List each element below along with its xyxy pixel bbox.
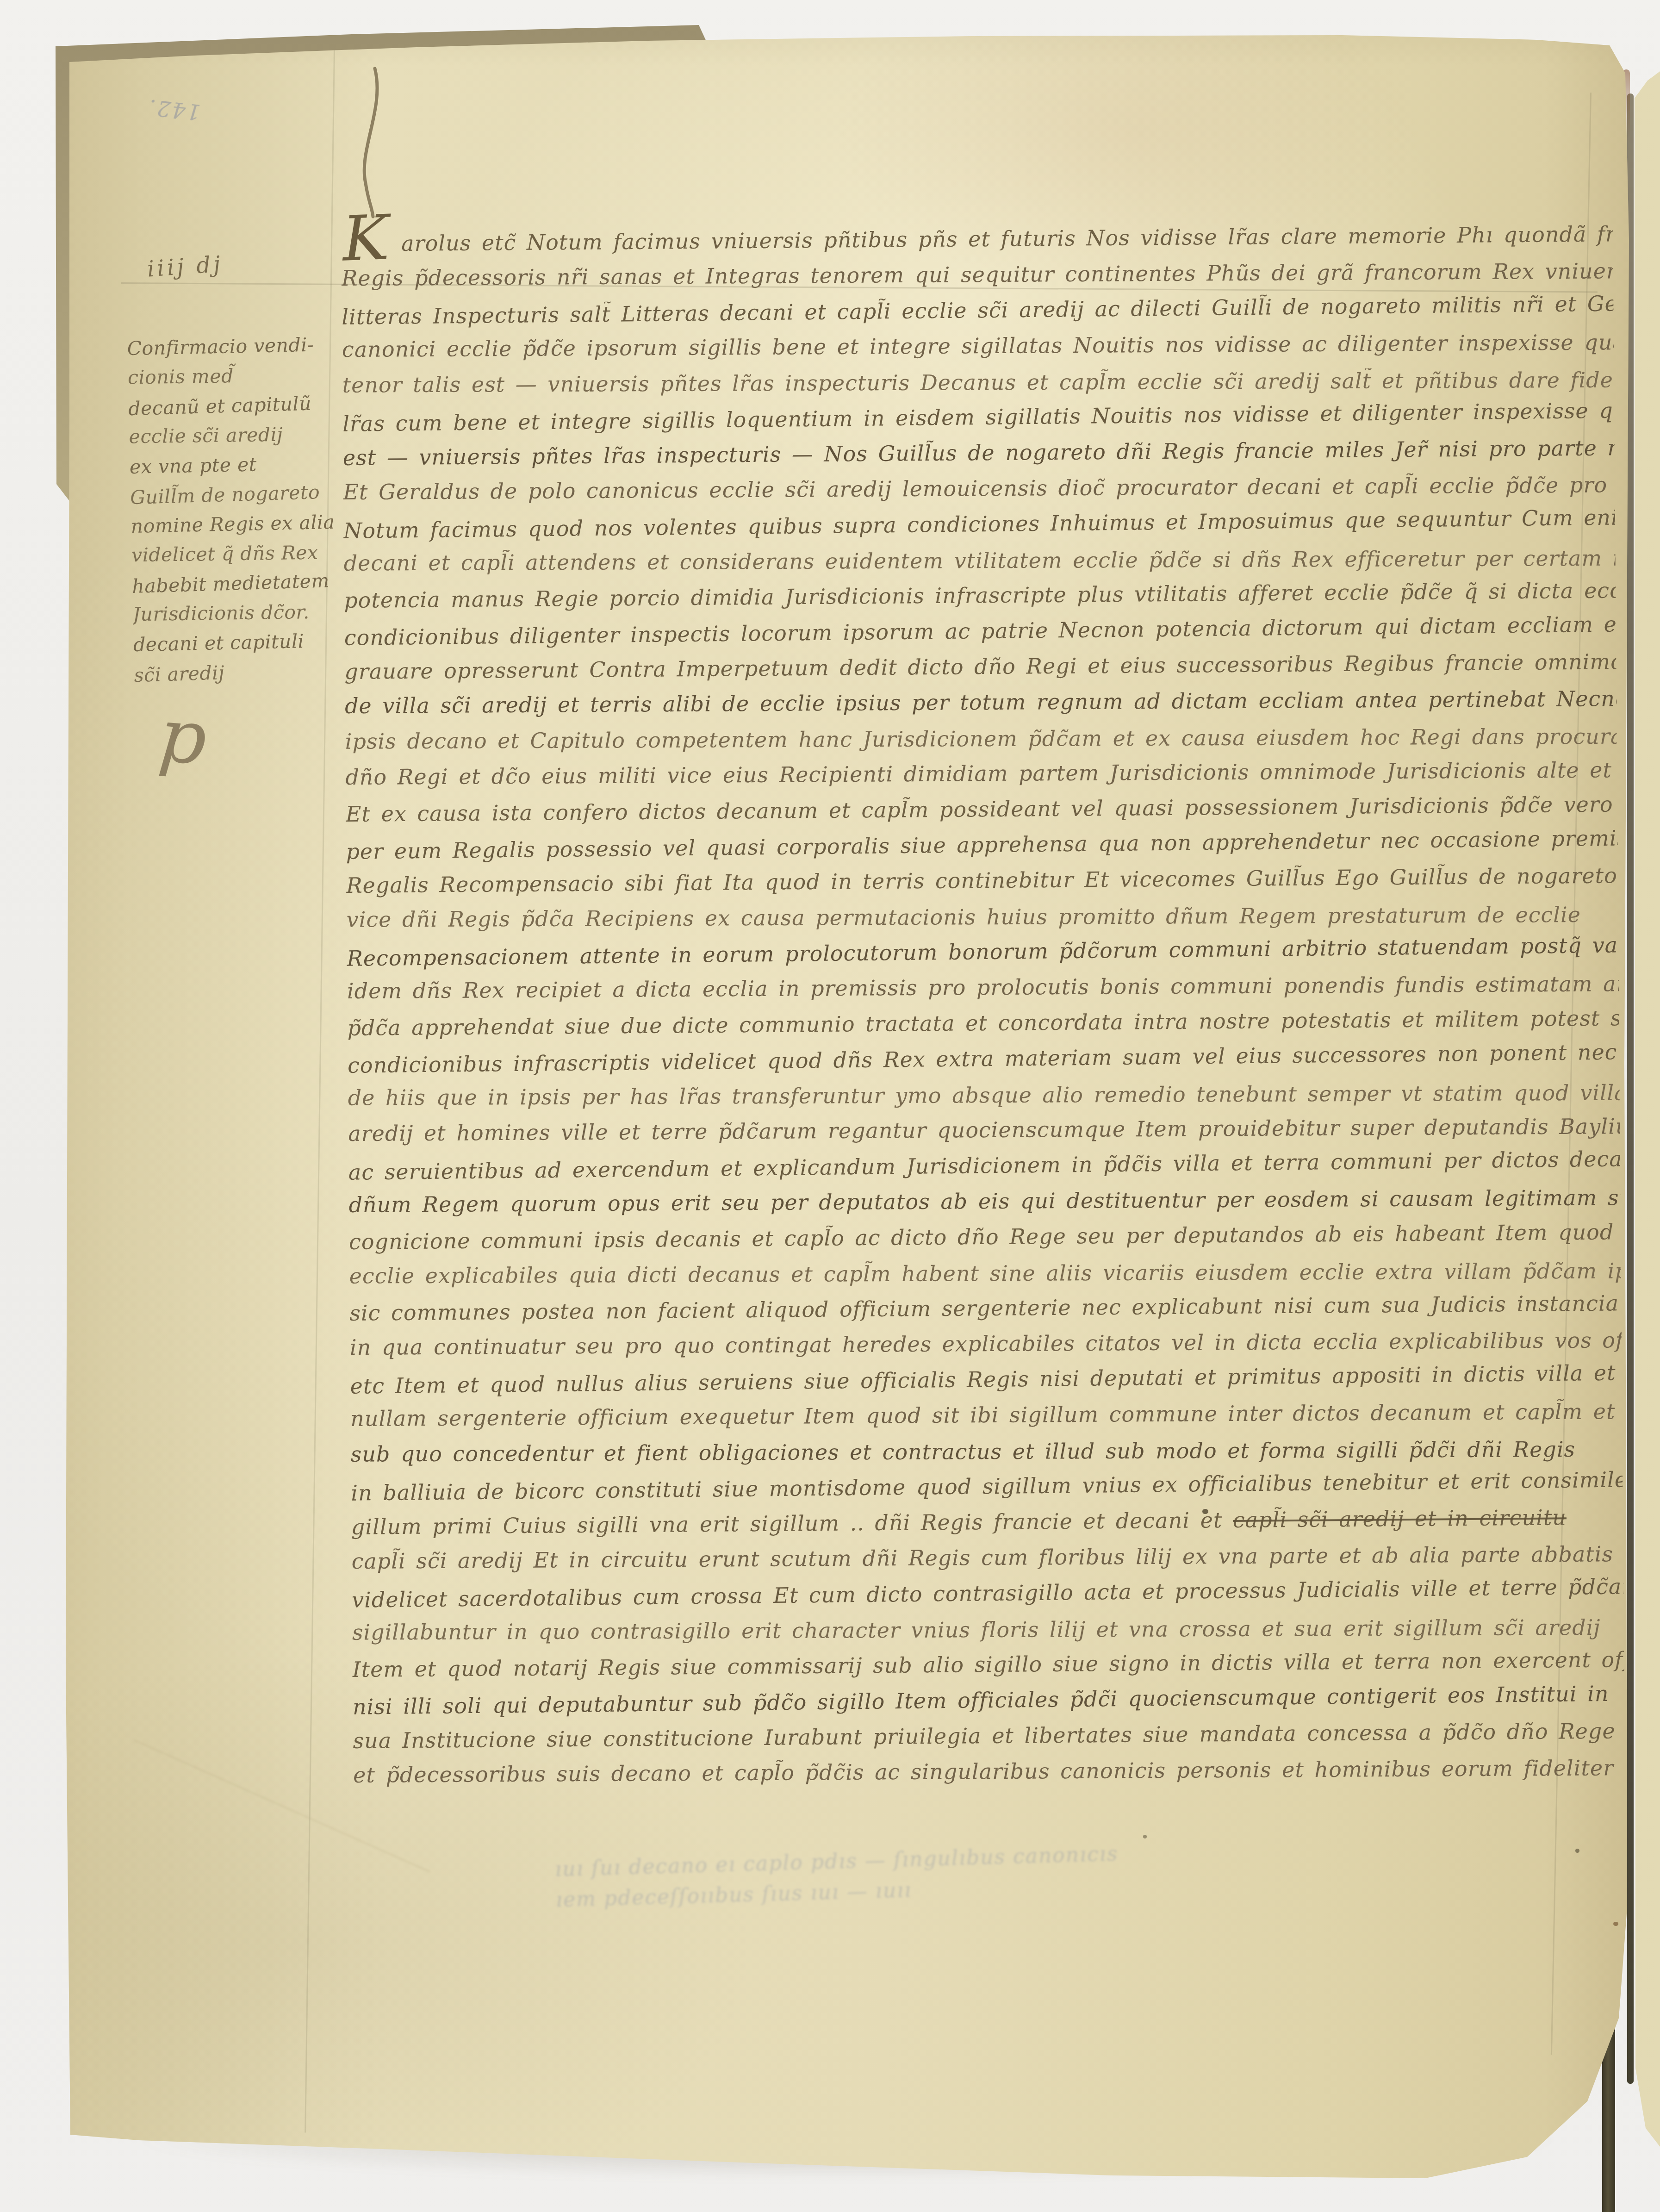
margin-note-line: Guill̃m de nogareto <box>130 476 353 512</box>
text-line: de villa sc̃i aredij et terris alibi de … <box>345 686 1616 729</box>
margin-note-block: Confirmacio vendi-cionis med̃decanũ et c… <box>127 329 356 689</box>
text-line-content: sigillabuntur in quo contrasigillo erit … <box>352 1615 1601 1645</box>
pencil-folio-number: 142. <box>131 93 217 127</box>
text-line: canonici ecclie p̃dc̃e ipsorum sigillis … <box>342 330 1614 373</box>
text-line: dño Regi et dc̃o eius militi vice eius R… <box>345 757 1617 800</box>
text-line-content: ipsis decano et Capitulo competentem han… <box>345 724 1617 754</box>
manuscript-scan-page: 142. iiij dj Confirmacio vendi-cionis me… <box>0 0 1660 2212</box>
margin-note-line: Jurisdicionis dc̃or. <box>132 597 355 629</box>
margin-note-line: ecclie sc̃i aredij <box>129 419 351 452</box>
ink-speck <box>1575 1849 1579 1853</box>
text-line: sigillabuntur in quo contrasigillo erit … <box>352 1615 1624 1656</box>
margin-note-line: decanũ et capitulũ <box>128 387 351 424</box>
ink-speck <box>1143 1835 1147 1838</box>
parchment-leaf: 142. iiij dj Confirmacio vendi-cionis me… <box>0 0 1660 2212</box>
text-line-content: de hiis que in ipsis per has lr̃as trans… <box>348 1080 1620 1110</box>
text-line: idem dñs Rex recipiet a dicta ecclia in … <box>347 971 1619 1014</box>
margin-note-line: decani et capituli <box>133 625 355 660</box>
text-line-content: decani et capl̃i attendens et consideran… <box>344 546 1616 576</box>
margin-flourish: p <box>156 698 210 776</box>
shelfmark-note: iiij dj <box>146 251 224 282</box>
text-line: decani et capl̃i attendens et consideran… <box>344 546 1616 586</box>
margin-note-line: videlicet q̃ dñs Rex <box>131 537 354 570</box>
text-line: dñum Regem quorum opus erit seu per depu… <box>348 1185 1620 1228</box>
margin-note-line: sc̃i aredij <box>134 654 357 690</box>
margin-note-line: Confirmacio vendi- <box>127 329 349 363</box>
show-through-text: ıuı ſuı decano eı caplo pdıs — ſıngulıbu… <box>554 1838 1167 1916</box>
text-line: nullam sergenterie officium exequetur It… <box>350 1399 1622 1442</box>
charter-text-block: arolus etc̃ Notum facimus vniuersis pñti… <box>341 221 1625 1799</box>
margin-note-line: habebit medietatem <box>132 565 355 601</box>
margin-note-line: ex vna pte et <box>129 448 352 482</box>
margin-note-line: nomine Regis ex alia <box>131 507 353 541</box>
stain-speck <box>1613 1922 1618 1926</box>
text-line-content: sub quo concedentur et fient obligacione… <box>351 1437 1576 1467</box>
initial-ascender-flourish <box>344 66 404 223</box>
text-line-content: arolus etc̃ Notum facimus vniuersis pñti… <box>401 221 1613 256</box>
struck-text: capl̃i sc̃i aredij et in circuitu <box>1233 1505 1567 1533</box>
ink-speck <box>1202 1509 1208 1514</box>
text-line: et p̃decessoribus suis decano et capl̃o … <box>353 1755 1625 1798</box>
text-line: ecclie explicabiles quia dicti decanus e… <box>349 1259 1621 1299</box>
text-line-content: ecclie explicabiles quia dicti decanus e… <box>349 1259 1621 1289</box>
text-line-content: tenor talis est — vniuersis pñtes lr̃as … <box>342 368 1614 398</box>
margin-note-line: cionis med̃ <box>128 360 350 393</box>
text-line-content: vice dñi Regis p̃dc̃a Recipiens ex causa… <box>347 902 1581 932</box>
